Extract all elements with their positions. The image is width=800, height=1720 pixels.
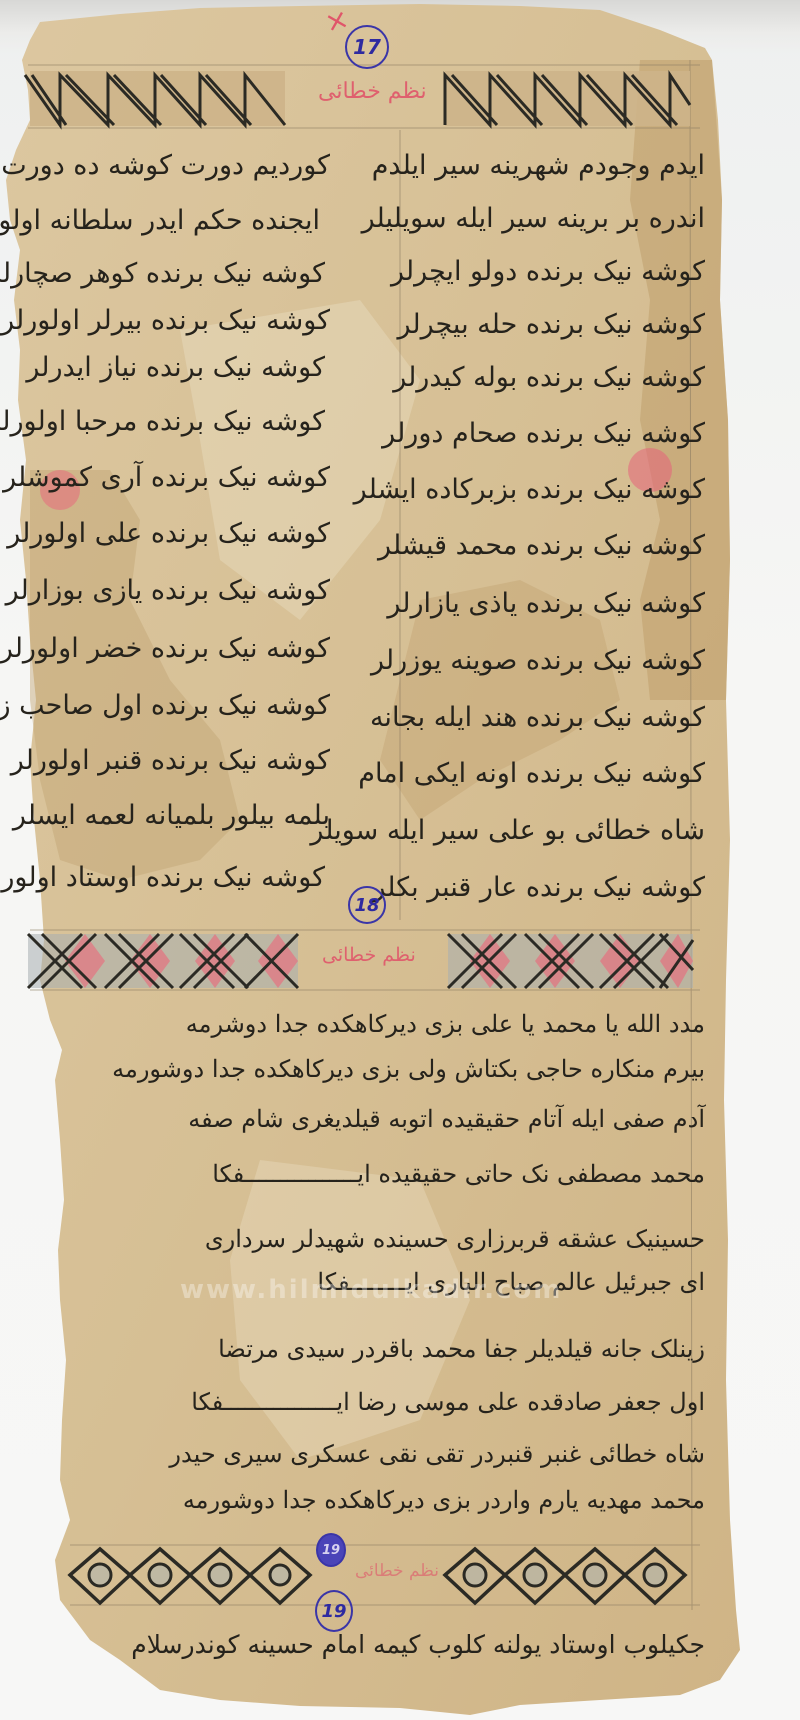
folio-number-19-filled: 19 bbox=[316, 1533, 346, 1567]
verse-line: کوردیم دورت کوشه ده دورت خانه bbox=[0, 150, 330, 181]
band-rubric-label: نظم خطائی bbox=[318, 79, 427, 104]
verse-line: کوشه نیک برنده اونه ایکی امام bbox=[358, 758, 705, 789]
verse-line: کوشه نیک برنده قنبر اولورلر bbox=[11, 745, 330, 776]
verse-line: کوشه نیک برنده اول صاحب زمان bbox=[0, 690, 330, 721]
verse-line: کوشه نیک برنده مرحبا اولورلر bbox=[0, 406, 325, 437]
watermark: www.hilmidulkadir.com bbox=[180, 1275, 630, 1305]
verse-line: کوشه نیک برنده خضر اولورلر bbox=[0, 633, 330, 664]
verse-line: کوشه نیک برنده اوستاد اولورلر bbox=[0, 862, 325, 893]
folio-number-17: 17 bbox=[345, 25, 389, 69]
bottom-decorative-band: نظم خطائی bbox=[0, 1545, 800, 1607]
middle-decorative-band: نظم خطائی bbox=[0, 930, 800, 992]
verse-line: کوشه نیک برنده صوینه یوزرلر bbox=[371, 645, 705, 676]
verse-line: بلمه بیلور بلمیانه لعمه ایسلر bbox=[13, 800, 330, 831]
verse-line: کوشه نیک برنده علی اولورلر bbox=[7, 518, 330, 549]
verse-line: ایجنده حکم ایدر سلطانه اولور bbox=[0, 205, 320, 236]
verse-line: محمد مهدیه یارم واردر بزی دیرکاهکده جدا … bbox=[183, 1486, 705, 1514]
verse-line: آدم صفی ایله آتام حقیقیده اتوبه قیلدیغری… bbox=[188, 1105, 705, 1133]
verse-line: کوشه نیک برنده عار قنبر بکلر bbox=[372, 872, 705, 903]
manuscript-page: × 17 نظم خطائی ایدم وجودم شهرینه سیر ایل… bbox=[0, 0, 800, 1720]
top-decorative-band: نظم خطائی bbox=[0, 65, 800, 130]
verse-line: شاه خطائی غنبر قنبردر تقی نقی عسکری سیری… bbox=[169, 1440, 705, 1468]
verse-line: زینلک جانه قیلدیلر جفا محمد باقردر سیدی … bbox=[218, 1335, 705, 1363]
verse-line: محمد مصطفی نک حاتی حقیقیده ایـــــــــــ… bbox=[212, 1160, 705, 1188]
verse-line: مدد الله یا محمد یا علی بزی دیرکاهکده جد… bbox=[186, 1010, 705, 1038]
verse-line: اول جعفر صادقده علی موسی رضا ایـــــــــ… bbox=[191, 1388, 705, 1416]
verse-line: ایدم وجودم شهرینه سیر ایلدم bbox=[372, 150, 705, 181]
verse-line: کوشه نیک برنده صحام دورلر bbox=[382, 418, 705, 449]
verse-line: کوشه نیک برنده هند ایله بجانه bbox=[370, 702, 705, 733]
verse-line: جکیلوب اوستاد یولنه کلوب کیمه امام حسینه… bbox=[131, 1630, 705, 1659]
verse-line: کوشه نیک برنده کوهر صچارلر bbox=[0, 258, 325, 289]
verse-line: کوشه نیک برنده بوله کیدرلر bbox=[393, 362, 705, 393]
band-rubric-label: نظم خطائی bbox=[355, 1561, 439, 1581]
verse-line: کوشه نیک برنده دولو ایچرلر bbox=[391, 256, 705, 287]
folio-number-18: 18 bbox=[348, 886, 386, 924]
verse-line: کوشه نیک برنده یاذی یازارلر bbox=[387, 588, 705, 619]
verse-line: کوشه نیک برنده آری کموشلر bbox=[3, 462, 330, 493]
band-rubric-label: نظم خطائی bbox=[322, 944, 416, 966]
verse-line: حسینیک عشقه قربرزاری حسینده شهیدلر سردار… bbox=[205, 1225, 705, 1253]
verse-line: کوشه نیک برنده محمد قیشلر bbox=[378, 530, 705, 561]
verse-line: کوشه نیک برنده یازی بوزارلر bbox=[6, 575, 330, 606]
verse-line: اندره بر برینه سیر ایله سویلیلر bbox=[362, 203, 705, 234]
verse-line: کوشه نیک برنده حله بیچرلر bbox=[397, 309, 705, 340]
verse-line: کوشه نیک برنده بزبرکاده ایشلر bbox=[354, 474, 705, 505]
verse-line: کوشه نیک برنده نیاز ایدرلر bbox=[26, 352, 325, 383]
verse-line: کوشه نیک برنده بیرلر اولورلر bbox=[1, 305, 330, 336]
verse-line: شاه خطائی بو علی سیر ایله سویلر bbox=[310, 815, 705, 846]
verse-line: بیرم منکاره حاجی بکتاش ولی بزی دیرکاهکده… bbox=[112, 1055, 705, 1083]
folio-number-19: 19 bbox=[315, 1590, 353, 1632]
